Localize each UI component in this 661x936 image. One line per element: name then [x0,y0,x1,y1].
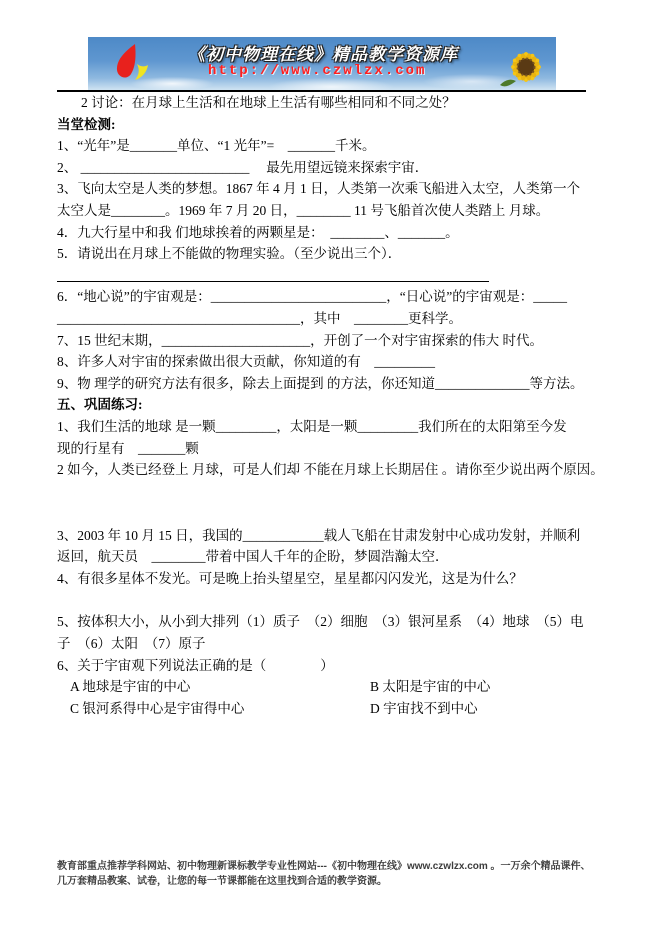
banner-url: http://www.czwlzx.com [208,63,426,79]
worksheet-content: 2 讨论：在月球上生活和在地球上生活有哪些相同和不同之处？ 当堂检测: 1、“光… [57,92,609,719]
practice-3-line2: 返回，航天员 ________带着中国人千年的企盼，梦圆浩瀚太空． [57,546,609,568]
practice-4: 4、有很多星体不发光。可是晚上抬头望星空，星星都闪闪发光，这是为什么？ [57,568,609,590]
blank-space [57,481,609,525]
practice-1-line1: 1、我们生活的地球 是一颗_________，太阳是一颗_________我们所… [57,416,609,438]
option-b: B 太阳是宇宙的中心 [370,676,490,698]
practice-2: 2 如今，人类已经登上 月球，可是人们却 不能在月球上长期居住 。请你至少说出两… [57,459,609,481]
question-6-line1: 6．“地心说”的宇宙观是：__________________________，… [57,286,609,308]
practice-5-line1: 5、按体积大小，从小到大排列（1）质子 （2）细胞 （3）银河星系 （4）地球 … [57,611,609,633]
question-8: 8、许多人对宇宙的探索做出很大贡献，你知道的有 _________ [57,351,609,373]
banner-title: 《初中物理在线》精品教学资源库 [188,40,518,65]
section-heading-check: 当堂检测: [57,114,609,136]
option-row-cd: C 银河系得中心是宇宙得中心 D 宇宙找不到中心 [57,698,609,720]
question-4: 4．九大行星中和我 们地球挨着的两颗星是： ________、_______。 [57,222,609,244]
footer-line1: 教育部重点推荐学科网站、初中物理新课标教学专业性网站---《初中物理在线》www… [57,859,635,874]
site-banner: 《初中物理在线》精品教学资源库 http://www.czwlzx.com [88,37,556,90]
option-a: A 地球是宇宙的中心 [70,679,190,694]
page-footer: 教育部重点推荐学科网站、初中物理新课标教学专业性网站---《初中物理在线》www… [57,859,635,889]
practice-3-line1: 3、2003 年 10 月 15 日，我国的____________载人飞船在甘… [57,525,609,547]
discussion-line: 2 讨论：在月球上生活和在地球上生活有哪些相同和不同之处？ [57,92,609,114]
option-d: D 宇宙找不到中心 [370,698,478,720]
worksheet-page: 《初中物理在线》精品教学资源库 http://www.czwlzx.com [0,0,661,936]
question-3-line1: 3、飞向太空是人类的梦想。1867 年 4 月 1 日，人类第一次乘飞船进入太空… [57,178,609,200]
question-1: 1、“光年”是_______单位、“1 光年”= _______千米。 [57,135,609,157]
sunflower-icon [496,39,552,90]
question-2: 2、 _________________________ 最先用望远镜来探索宇宙… [57,157,609,179]
question-9: 9、物 理学的研究方法有很多，除去上面提到 的方法，你还知道__________… [57,373,609,395]
practice-6: 6、关于宇宙观下列说法正确的是（ ） [57,655,609,677]
question-7: 7、15 世纪末期，______________________，开创了一个对宇… [57,330,609,352]
option-row-ab: A 地球是宇宙的中心 B 太阳是宇宙的中心 [57,676,609,698]
blank-space [57,589,609,611]
practice-5-line2: 子 （6）太阳 （7）原子 [57,633,609,655]
answer-line-slot [57,265,609,287]
site-logo-icon [108,43,154,90]
question-6-line2: ____________________________________，其中 … [57,308,609,330]
practice-1-line2: 现的行星有 _______颗 [57,438,609,460]
option-c: C 银河系得中心是宇宙得中心 [70,701,244,716]
question-5: 5．请说出在月球上不能做的物理实验。（至少说出三个）． [57,243,609,265]
section-heading-practice: 五、巩固练习: [57,394,609,416]
footer-line2: 几万套精品教案、试卷，让您的每一节课都能在这里找到合适的教学资源。 [57,874,635,889]
question-3-line2: 太空人是________。1969 年 7 月 20 日，________ 11… [57,200,609,222]
answer-blank-line [57,281,489,282]
